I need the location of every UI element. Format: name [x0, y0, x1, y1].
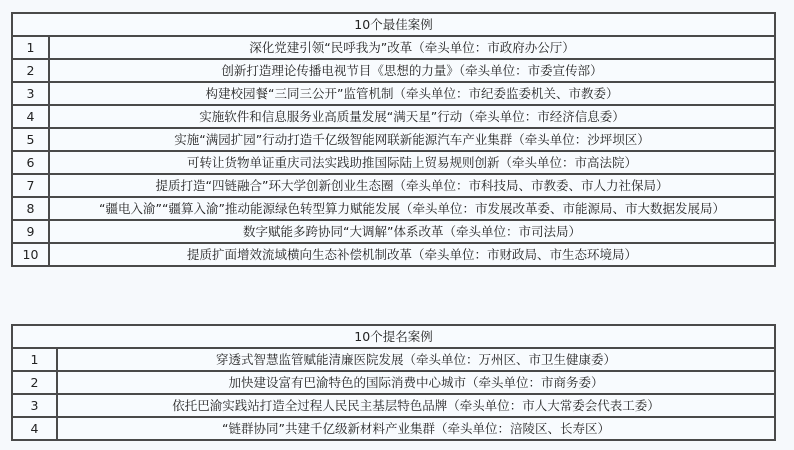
best-cases-section: 10个最佳案例 1 深化党建引领“民呼我为”改革（牵头单位：市政府办公厅） 2 …	[11, 12, 776, 267]
table-row: 1 穿透式智慧监管赋能清廉医院发展（牵头单位：万州区、市卫生健康委）	[12, 348, 775, 371]
case-text: 穿透式智慧监管赋能清廉医院发展（牵头单位：万州区、市卫生健康委）	[57, 348, 775, 371]
nominated-cases-section: 10个提名案例 1 穿透式智慧监管赋能清廉医院发展（牵头单位：万州区、市卫生健康…	[11, 324, 776, 441]
table-row: 9 数字赋能多跨协同“大调解”体系改革（牵头单位：市司法局）	[12, 220, 775, 243]
table-row: 3 依托巴渝实践站打造全过程人民民主基层特色品牌（牵头单位：市人大常委会代表工委…	[12, 394, 775, 417]
row-number: 3	[12, 394, 57, 417]
nominated-cases-title: 10个提名案例	[12, 325, 775, 348]
table-row: 7 提质打造“四链融合”环大学创新创业生态圈（牵头单位：市科技局、市教委、市人力…	[12, 174, 775, 197]
best-cases-title: 10个最佳案例	[12, 13, 775, 36]
case-text: 依托巴渝实践站打造全过程人民民主基层特色品牌（牵头单位：市人大常委会代表工委）	[57, 394, 775, 417]
row-number: 8	[12, 197, 49, 220]
case-text: 数字赋能多跨协同“大调解”体系改革（牵头单位：市司法局）	[49, 220, 775, 243]
row-number: 7	[12, 174, 49, 197]
table-row: 2 加快建设富有巴渝特色的国际消费中心城市（牵头单位：市商务委）	[12, 371, 775, 394]
table-row: 2 创新打造理论传播电视节目《思想的力量》（牵头单位：市委宣传部）	[12, 59, 775, 82]
best-cases-table: 10个最佳案例 1 深化党建引领“民呼我为”改革（牵头单位：市政府办公厅） 2 …	[11, 12, 776, 267]
table-row: 8 “疆电入渝”“疆算入渝”推动能源绿色转型算力赋能发展（牵头单位：市发展改革委…	[12, 197, 775, 220]
row-number: 9	[12, 220, 49, 243]
case-text: 提质扩面增效流域横向生态补偿机制改革（牵头单位：市财政局、市生态环境局）	[49, 243, 775, 266]
case-text: 构建校园餐“三同三公开”监管机制（牵头单位：市纪委监委机关、市教委）	[49, 82, 775, 105]
case-text: 实施软件和信息服务业高质量发展“满天星”行动（牵头单位：市经济信息委）	[49, 105, 775, 128]
case-text: 实施“满园扩园”行动打造千亿级智能网联新能源汽车产业集群（牵头单位：沙坪坝区）	[49, 128, 775, 151]
table-row: 4 “链群协同”共建千亿级新材料产业集群（牵头单位：涪陵区、长寿区）	[12, 417, 775, 440]
case-text: 可转让货物单证重庆司法实践助推国际陆上贸易规则创新（牵头单位：市高法院）	[49, 151, 775, 174]
nominated-cases-table: 10个提名案例 1 穿透式智慧监管赋能清廉医院发展（牵头单位：万州区、市卫生健康…	[11, 324, 776, 441]
table-row: 4 实施软件和信息服务业高质量发展“满天星”行动（牵头单位：市经济信息委）	[12, 105, 775, 128]
case-text: 创新打造理论传播电视节目《思想的力量》（牵头单位：市委宣传部）	[49, 59, 775, 82]
row-number: 4	[12, 417, 57, 440]
row-number: 5	[12, 128, 49, 151]
row-number: 2	[12, 59, 49, 82]
row-number: 1	[12, 348, 57, 371]
table-header-row: 10个提名案例	[12, 325, 775, 348]
row-number: 6	[12, 151, 49, 174]
case-text: 提质打造“四链融合”环大学创新创业生态圈（牵头单位：市科技局、市教委、市人力社保…	[49, 174, 775, 197]
case-text: “链群协同”共建千亿级新材料产业集群（牵头单位：涪陵区、长寿区）	[57, 417, 775, 440]
row-number: 4	[12, 105, 49, 128]
case-text: “疆电入渝”“疆算入渝”推动能源绿色转型算力赋能发展（牵头单位：市发展改革委、市…	[49, 197, 775, 220]
table-row: 5 实施“满园扩园”行动打造千亿级智能网联新能源汽车产业集群（牵头单位：沙坪坝区…	[12, 128, 775, 151]
table-header-row: 10个最佳案例	[12, 13, 775, 36]
table-row: 10 提质扩面增效流域横向生态补偿机制改革（牵头单位：市财政局、市生态环境局）	[12, 243, 775, 266]
table-row: 6 可转让货物单证重庆司法实践助推国际陆上贸易规则创新（牵头单位：市高法院）	[12, 151, 775, 174]
row-number: 2	[12, 371, 57, 394]
row-number: 1	[12, 36, 49, 59]
row-number: 10	[12, 243, 49, 266]
case-text: 深化党建引领“民呼我为”改革（牵头单位：市政府办公厅）	[49, 36, 775, 59]
table-row: 3 构建校园餐“三同三公开”监管机制（牵头单位：市纪委监委机关、市教委）	[12, 82, 775, 105]
row-number: 3	[12, 82, 49, 105]
case-text: 加快建设富有巴渝特色的国际消费中心城市（牵头单位：市商务委）	[57, 371, 775, 394]
table-row: 1 深化党建引领“民呼我为”改革（牵头单位：市政府办公厅）	[12, 36, 775, 59]
